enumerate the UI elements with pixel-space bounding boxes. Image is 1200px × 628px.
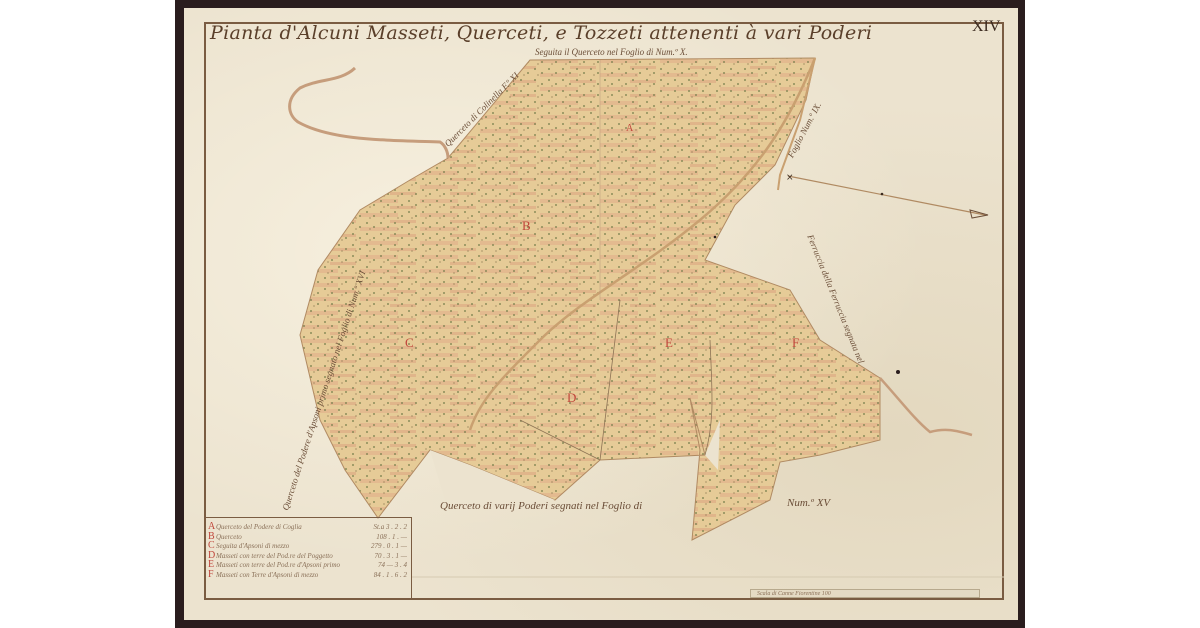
- legend-value: 70 . 3 . 1 —: [363, 552, 407, 560]
- legend-desc: Masseti con Terre d'Apsoni di mezzo: [216, 571, 363, 579]
- legend-value: 108 . 1 . —: [363, 533, 407, 541]
- map-drawing: ×: [0, 0, 1200, 628]
- legend-value: 84 . 1 . 6 . 2: [363, 571, 407, 579]
- legend-desc: Seguita d'Apsoni di mezzo: [216, 542, 363, 550]
- legend-value: 74 — 3 . 4: [363, 561, 407, 569]
- marker-dot: [896, 370, 900, 374]
- legend-desc: Masseti con terre del Pod.re del Poggett…: [216, 552, 363, 560]
- parcel-f: F: [792, 335, 799, 351]
- plate-number: XIV: [972, 18, 1000, 36]
- parcel-a: A: [626, 123, 633, 134]
- legend-row: E Masseti con terre del Pod.re d'Apsoni …: [208, 559, 407, 569]
- legend-desc: Querceto del Podere di Coglia: [216, 523, 363, 531]
- parcel-b: B: [522, 218, 531, 234]
- legend-letter: F: [208, 569, 216, 580]
- legend-row: C Seguita d'Apsoni di mezzo 279 . 0 . 1 …: [208, 540, 407, 550]
- river: [290, 68, 448, 158]
- marker-dot: [714, 236, 717, 239]
- legend-desc: Masseti con terre del Pod.re d'Apsoni pr…: [216, 561, 363, 569]
- legend-row: F Masseti con Terre d'Apsoni di mezzo 84…: [208, 569, 407, 579]
- parcel-e: E: [665, 335, 673, 351]
- label-bottom-num: Num.º XV: [787, 497, 830, 509]
- legend-desc: Querceto: [216, 533, 363, 541]
- legend-value: St.a 3 . 2 . 2: [363, 523, 407, 531]
- map-title: Pianta d'Alcuni Masseti, Querceti, e Toz…: [210, 22, 872, 44]
- svg-text:×: ×: [786, 173, 794, 183]
- parcel-d: D: [567, 390, 576, 406]
- label-bottom: Querceto di varij Poderi segnati nel Fog…: [440, 500, 642, 512]
- scale-bar: Scala di Canne Fiorentine 100: [750, 589, 980, 598]
- legend-row: A Querceto del Podere di Coglia St.a 3 .…: [208, 521, 407, 531]
- parcel-c: C: [405, 335, 414, 351]
- north-arrow: ×: [786, 173, 988, 218]
- river-right: [880, 378, 972, 435]
- label-top-right: Seguita il Querceto nel Foglio di Num.º …: [535, 47, 688, 57]
- legend-value: 279 . 0 . 1 —: [363, 542, 407, 550]
- legend-row: D Masseti con terre del Pod.re del Pogge…: [208, 550, 407, 560]
- legend-table: A Querceto del Podere di Coglia St.a 3 .…: [204, 517, 412, 600]
- legend-row: B Querceto 108 . 1 . —: [208, 531, 407, 541]
